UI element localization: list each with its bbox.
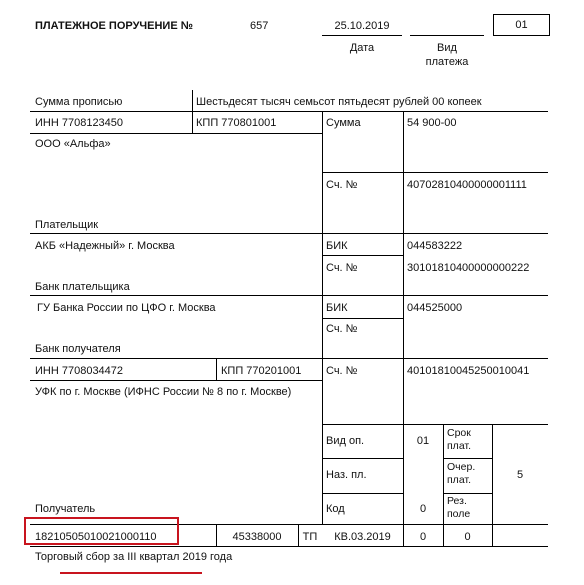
- payer-bank-bik: 044583222: [407, 240, 462, 252]
- payee-account: 40101810045250010041: [407, 365, 529, 377]
- oktmo-value: 45338000: [216, 531, 298, 543]
- divider: [30, 546, 548, 547]
- doc-number-value: 0: [403, 531, 443, 543]
- ocher-label-2: плат.: [447, 474, 471, 487]
- payee-bank-label: Банк получателя: [35, 343, 121, 355]
- payee-bank-account-label: Сч. №: [326, 323, 357, 335]
- divider: [30, 233, 548, 234]
- divider: [322, 424, 548, 425]
- payer-bank-account-label: Сч. №: [326, 262, 357, 274]
- ocher-value: 5: [492, 469, 548, 481]
- divider: [443, 424, 444, 546]
- divider: [322, 493, 403, 494]
- payer-bank-account: 30101810400000000222: [407, 262, 529, 274]
- divider: [30, 111, 548, 112]
- amount-words-value: Шестьдесят тысяч семьсот пятьдесят рубле…: [196, 96, 482, 108]
- payee-account-label: Сч. №: [326, 365, 357, 377]
- divider: [216, 358, 217, 380]
- kod-label: Код: [326, 503, 345, 515]
- divider: [322, 172, 548, 173]
- payment-type-label-1: Вид: [410, 42, 484, 54]
- amount-label: Сумма: [326, 117, 361, 129]
- payer-inn: ИНН 7708123450: [35, 117, 123, 129]
- ocher-label-1: Очер.: [447, 461, 475, 474]
- divider: [30, 358, 548, 359]
- amount-value: 54 900-00: [407, 117, 457, 129]
- payer-name: ООО «Альфа»: [35, 138, 111, 150]
- rez-label-2: поле: [447, 508, 470, 521]
- divider: [443, 458, 492, 459]
- naz-label: Наз. пл.: [326, 469, 367, 481]
- payer-bank-label: Банк плательщика: [35, 281, 130, 293]
- payee-inn: ИНН 7708034472: [35, 365, 123, 377]
- kbk-highlight-box: [24, 517, 179, 545]
- date-value: 25.10.2019: [322, 20, 402, 32]
- payee-name: УФК по г. Москве (ИФНС России № 8 по г. …: [35, 386, 291, 398]
- divider: [492, 424, 493, 546]
- payee-bank-bik: 044525000: [407, 302, 462, 314]
- payer-bank-bik-label: БИК: [326, 240, 348, 252]
- payer-bank-name: АКБ «Надежный» г. Москва: [35, 240, 175, 252]
- divider: [30, 380, 322, 381]
- srok-label-2: плат.: [447, 440, 471, 453]
- form-code-box: 01: [493, 14, 550, 35]
- basis-value: ТП: [298, 531, 322, 543]
- amount-words-label: Сумма прописью: [35, 96, 122, 108]
- payee-label: Получатель: [35, 503, 95, 515]
- payee-kpp: КПП 770201001: [221, 365, 301, 377]
- payee-bank-bik-label: БИК: [326, 302, 348, 314]
- divider: [322, 255, 403, 256]
- payee-bank-name: ГУ Банка России по ЦФО г. Москва: [37, 302, 216, 314]
- payer-kpp: КПП 770801001: [196, 117, 276, 129]
- payment-type-label-2: платежа: [410, 56, 484, 68]
- divider: [322, 318, 403, 319]
- kod-value: 0: [403, 503, 443, 515]
- document-title: ПЛАТЕЖНОЕ ПОРУЧЕНИЕ №: [35, 20, 193, 32]
- divider: [192, 111, 193, 133]
- divider: [192, 90, 193, 112]
- date-label: Дата: [322, 42, 402, 54]
- divider: [30, 295, 548, 296]
- payer-label: Плательщик: [35, 219, 98, 231]
- divider: [443, 493, 492, 494]
- payer-account-label: Сч. №: [326, 179, 357, 191]
- rez-label-1: Рез.: [447, 495, 467, 508]
- form-code-underline: [493, 35, 550, 36]
- payment-type-underline: [410, 35, 484, 36]
- payer-account: 40702810400000001111: [407, 179, 527, 191]
- divider: [403, 111, 404, 424]
- purpose-highlight-underline: [60, 572, 202, 574]
- doc-date-value: 0: [443, 531, 492, 543]
- document-number: 657: [250, 20, 268, 32]
- vid-op-value: 01: [403, 435, 443, 447]
- period-value: КВ.03.2019: [322, 531, 403, 543]
- payment-purpose: Торговый сбор за III квартал 2019 года: [35, 551, 232, 563]
- divider: [322, 458, 403, 459]
- divider: [30, 133, 322, 134]
- vid-op-label: Вид оп.: [326, 435, 364, 447]
- date-underline: [322, 35, 402, 36]
- srok-label-1: Срок: [447, 427, 471, 440]
